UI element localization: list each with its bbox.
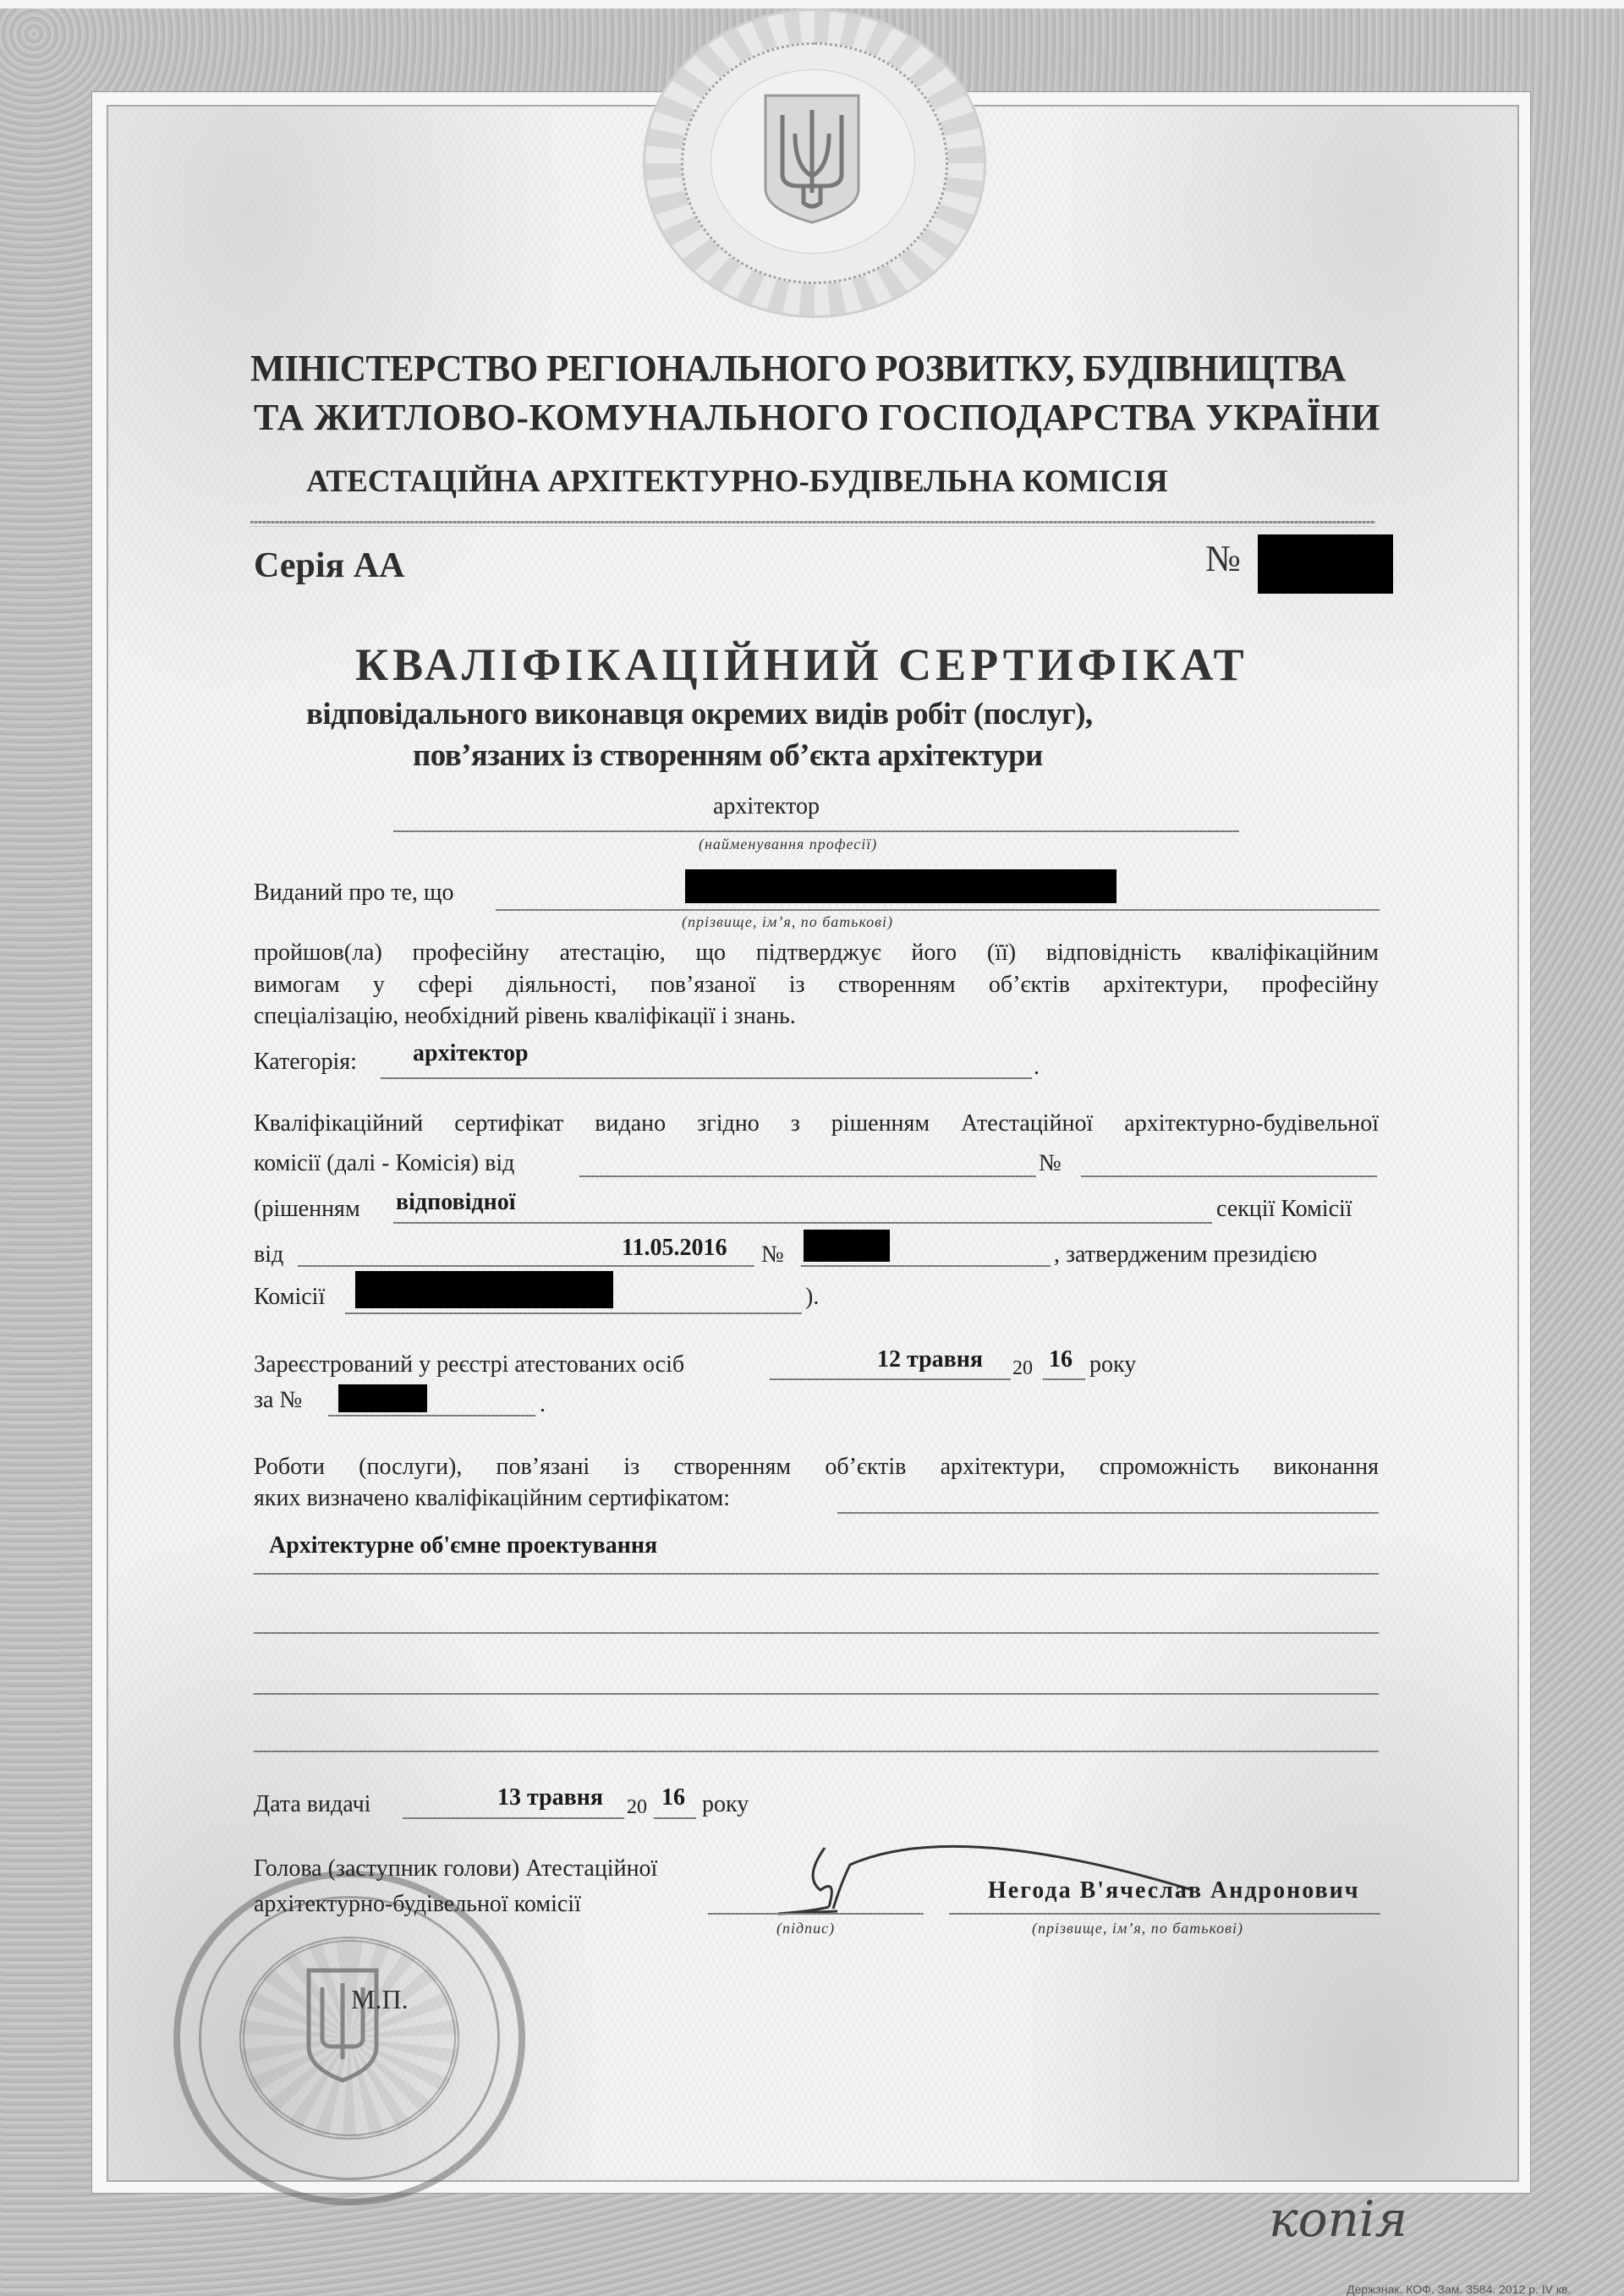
profession-caption: (найменування професії) <box>699 836 877 853</box>
issue-date-year-suffix: 16 <box>661 1784 685 1811</box>
signer-position-line1: Голова (заступник голови) Атестаційної <box>254 1855 657 1882</box>
redacted-decision-number <box>804 1230 890 1262</box>
decision-line3-label: (рішенням <box>254 1196 360 1223</box>
attestation-line1: пройшов(ла) професійну атестацію, що під… <box>254 937 1379 969</box>
decision-line4-date-underline <box>298 1265 754 1267</box>
decision-line5-end: ). <box>805 1284 819 1311</box>
decision-line4-end: , затвердженим президією <box>1054 1241 1317 1269</box>
category-label: Категорія: <box>254 1049 357 1076</box>
ministry-title-line1: МІНІСТЕРСТВО РЕГІОНАЛЬНОГО РОЗВИТКУ, БУД… <box>250 347 1346 390</box>
works-line2-underline <box>837 1512 1379 1514</box>
issue-date-label: Дата видачі <box>254 1791 370 1818</box>
decision-line4-number-sign: № <box>761 1241 784 1269</box>
decision-number-underline <box>1081 1175 1377 1177</box>
decision-date-underline <box>579 1175 1036 1177</box>
emblem-rosette <box>643 8 981 313</box>
registration-year-word: року <box>1089 1351 1136 1378</box>
works-item-1: Архітектурне об'ємне проектування <box>269 1532 657 1559</box>
redacted-holder-name <box>685 869 1116 903</box>
registration-year-underline <box>1043 1378 1085 1380</box>
attestation-line2: вимогам у сфері діяльності, пов’язаної і… <box>254 969 1379 1001</box>
works-line2: яких визначено кваліфікаційним сертифіка… <box>254 1485 730 1512</box>
decision-line2-label: комісії (далі - Комісія) від <box>254 1150 514 1177</box>
certificate-title: КВАЛІФІКАЦІЙНИЙ СЕРТИФІКАТ <box>355 638 1248 691</box>
printer-info: Держзнак. КОФ. Зам. 3584. 2012 р. IV кв. <box>1347 2282 1571 2296</box>
handwritten-copy-note: копія <box>1269 2190 1407 2248</box>
works-line-4 <box>254 1751 1379 1752</box>
ukraine-trident-icon <box>761 91 863 227</box>
ministry-title-line2: ТА ЖИТЛОВО-КОМУНАЛЬНОГО ГОСПОДАРСТВА УКР… <box>254 396 1380 439</box>
works-line1: Роботи (послуги), пов’язані із створення… <box>254 1451 1379 1483</box>
decision-line4-date: 11.05.2016 <box>622 1235 727 1262</box>
issued-to-caption: (прізвище, ім’я, по батькові) <box>682 913 893 931</box>
signature-underline <box>708 1913 924 1915</box>
category-underline <box>381 1077 1032 1079</box>
decision-line3-end: секції Комісії <box>1216 1196 1352 1223</box>
registration-year-prefix: 20 <box>1012 1357 1033 1380</box>
series-label: Серія АА <box>254 545 404 586</box>
decision-line4-number-underline <box>801 1265 1051 1267</box>
registration-number-label: за № <box>254 1387 302 1414</box>
attestation-line3: спеціалізацію, необхідний рівень кваліфі… <box>254 1003 796 1030</box>
certificate-subtitle-line1: відповідального виконавця окремих видів … <box>306 696 1093 732</box>
works-line-1 <box>254 1573 1379 1575</box>
commission-title: АТЕСТАЦІЙНА АРХІТЕКТУРНО-БУДІВЕЛЬНА КОМІ… <box>306 463 1168 500</box>
issue-date-year-underline <box>654 1817 696 1819</box>
profession-value: архітектор <box>713 793 820 820</box>
registration-number-underline <box>328 1415 535 1417</box>
issued-to-underline <box>496 909 1380 911</box>
decision-line3-value: відповідної <box>396 1189 515 1216</box>
decision-number-sign: № <box>1039 1150 1062 1177</box>
signer-position-line2: архітектурно-будівельної комісії <box>254 1891 581 1918</box>
decision-line4-label: від <box>254 1241 283 1269</box>
signer-name: Негода В'ячеслав Андронович <box>988 1877 1360 1904</box>
header-divider <box>250 521 1375 523</box>
issued-to-label: Виданий про те, що <box>254 879 454 907</box>
stamp-trident-icon <box>180 1877 505 2185</box>
stamp-place-mark: М.П. <box>351 1984 409 2015</box>
official-stamp <box>173 1871 525 2206</box>
decision-line5-underline <box>345 1312 802 1314</box>
signer-name-underline <box>949 1913 1380 1915</box>
works-line-3 <box>254 1693 1379 1695</box>
signature-caption: (підпис) <box>776 1920 835 1937</box>
decision-line5-label: Комісії <box>254 1284 325 1311</box>
registration-end: . <box>540 1391 546 1418</box>
category-end: . <box>1034 1054 1040 1081</box>
issue-date-underline <box>403 1817 624 1819</box>
works-line-2 <box>254 1632 1379 1634</box>
issue-date-year-word: року <box>702 1791 749 1818</box>
issue-date-day-month: 13 травня <box>497 1784 603 1811</box>
redacted-registration-number <box>338 1384 427 1412</box>
signer-name-caption: (прізвище, ім’я, по батькові) <box>1032 1920 1243 1937</box>
header-divider-thin <box>250 526 1375 527</box>
registration-label: Зареєстрований у реєстрі атестованих осі… <box>254 1351 684 1378</box>
redacted-presidium-decision <box>355 1271 613 1308</box>
number-sign: № <box>1205 537 1241 580</box>
registration-year-suffix: 16 <box>1049 1346 1073 1373</box>
decision-section-underline <box>393 1222 1212 1224</box>
registration-day-month: 12 травня <box>877 1346 983 1373</box>
category-value: архітектор <box>413 1040 529 1067</box>
certificate-subtitle-line2: пов’язаних із створенням об’єкта архітек… <box>413 737 1043 774</box>
profession-underline <box>393 830 1239 832</box>
issue-date-year-prefix: 20 <box>627 1796 647 1819</box>
scan-edge <box>0 0 1624 8</box>
decision-line1: Кваліфікаційний сертифікат видано згідно… <box>254 1108 1379 1140</box>
registration-date-underline <box>770 1378 1011 1380</box>
redacted-certificate-number <box>1258 534 1393 594</box>
